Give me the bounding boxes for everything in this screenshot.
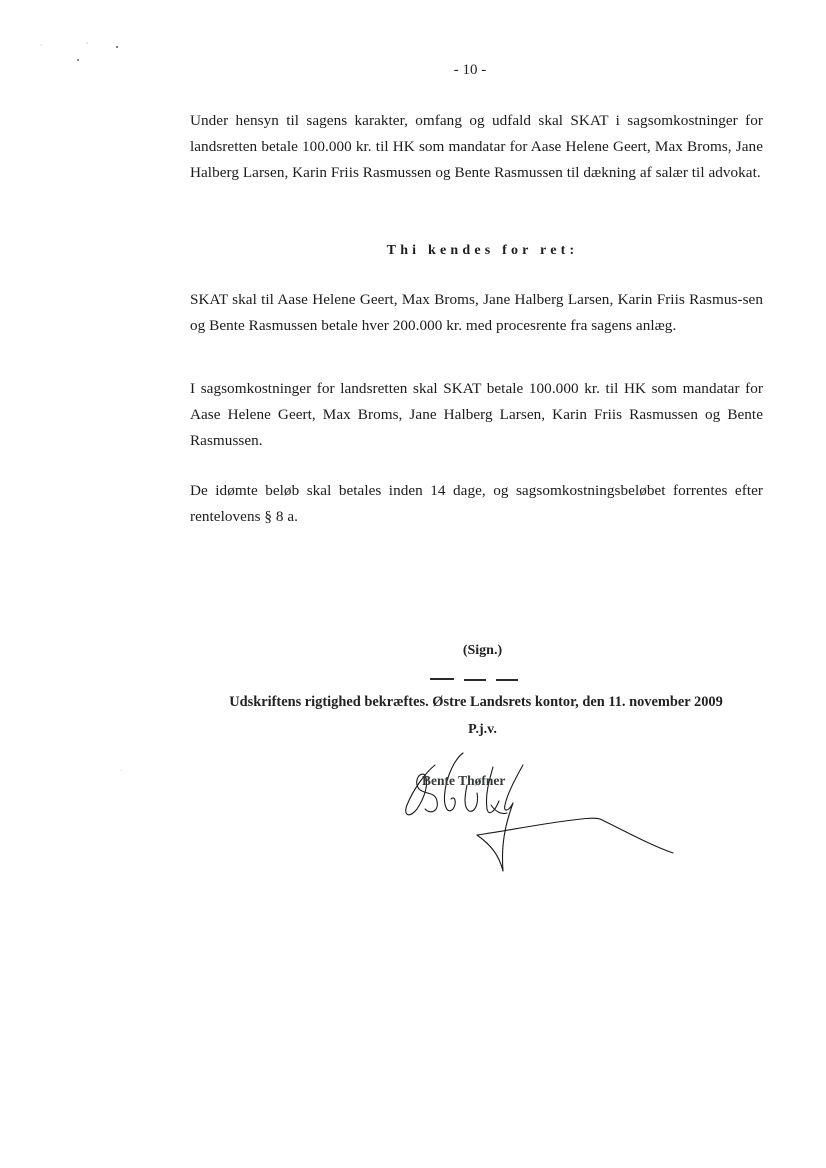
certification-line: Udskriftens rigtighed bekræftes. Østre L… <box>196 694 756 711</box>
scan-speck <box>40 44 42 46</box>
on-behalf-label: P.j.v. <box>190 722 763 738</box>
separator-dashes <box>430 678 530 682</box>
costs-reasoning-paragraph: Under hensyn til sagens karakter, omfang… <box>190 108 763 186</box>
scan-speck <box>120 770 122 771</box>
handwritten-signature-icon <box>395 745 685 880</box>
legal-costs-paragraph: I sagsomkostninger for landsretten skal … <box>190 376 763 454</box>
scan-speck <box>86 42 88 44</box>
scan-speck <box>77 59 79 61</box>
payment-deadline-paragraph: De idømte beløb skal betales inden 14 da… <box>190 478 763 530</box>
signatory-name: Bente Thøfner <box>422 773 505 789</box>
verdict-heading: Thi kendes for ret: <box>190 243 763 259</box>
document-page: - 10 - Under hensyn til sagens karakter,… <box>0 0 826 1168</box>
page-number: - 10 - <box>0 62 826 79</box>
signature-block: Bente Thøfner <box>395 745 685 880</box>
scan-speck <box>116 46 118 48</box>
payment-order-paragraph: SKAT skal til Aase Helene Geert, Max Bro… <box>190 287 763 339</box>
sign-label: (Sign.) <box>190 643 763 659</box>
